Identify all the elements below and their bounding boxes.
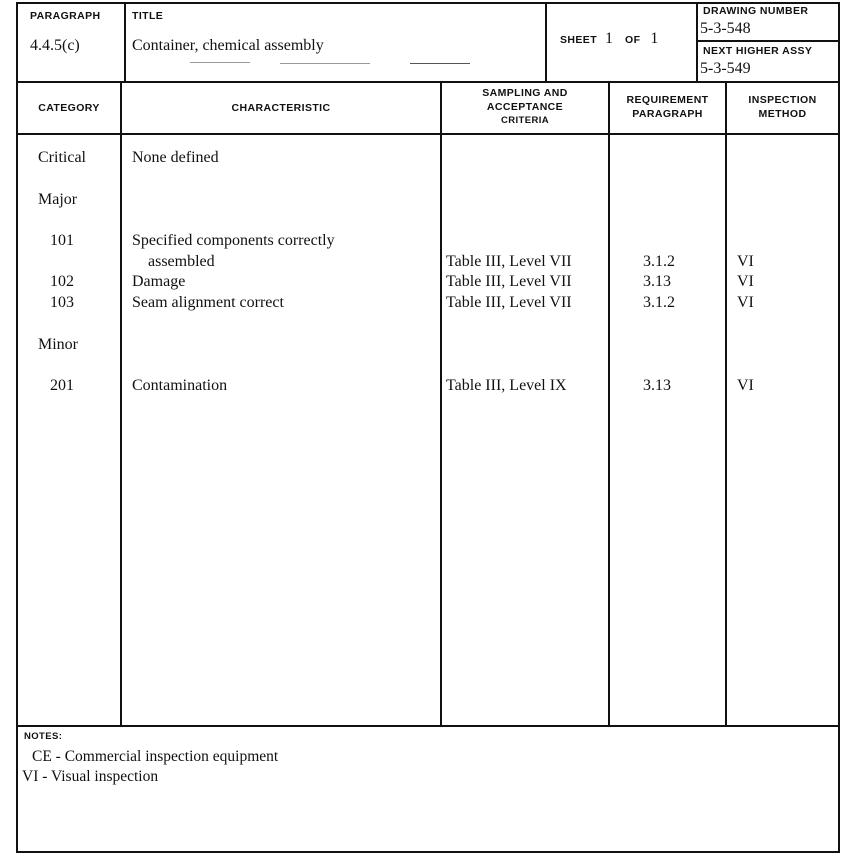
column-header-sampling: SAMPLING AND ACCEPTANCE CRITERIA bbox=[442, 86, 608, 128]
next-higher-assy-label: NEXT HIGHER ASSY bbox=[703, 45, 812, 57]
divider bbox=[16, 81, 840, 83]
column-header-characteristic: CHARACTERISTIC bbox=[122, 101, 440, 115]
scan-smudge bbox=[190, 62, 250, 63]
sheet-total: 1 bbox=[650, 30, 658, 47]
divider bbox=[440, 81, 442, 726]
sheet-label: SHEET bbox=[560, 34, 597, 46]
divider bbox=[16, 133, 840, 135]
category-critical: Critical bbox=[38, 149, 86, 167]
divider bbox=[120, 81, 122, 726]
divider bbox=[608, 81, 610, 726]
column-header-inspection: INSPECTION METHOD bbox=[727, 93, 838, 121]
title-label: TITLE bbox=[132, 10, 163, 22]
border-top bbox=[16, 2, 840, 4]
paragraph-value: 4.4.5(c) bbox=[30, 37, 80, 55]
title-value: Container, chemical assembly bbox=[132, 37, 324, 55]
divider bbox=[725, 81, 727, 726]
divider bbox=[696, 2, 698, 82]
divider bbox=[545, 2, 547, 82]
divider bbox=[16, 725, 840, 727]
of-label: OF bbox=[625, 34, 640, 46]
note-item: VI - Visual inspection bbox=[22, 768, 158, 786]
divider bbox=[124, 2, 126, 82]
sheet-number: 1 bbox=[605, 30, 613, 47]
drawing-number-value: 5-3-548 bbox=[700, 20, 751, 38]
column-header-requirement: REQUIREMENT PARAGRAPH bbox=[610, 93, 725, 121]
characteristic-critical: None defined bbox=[132, 149, 219, 167]
notes-label: NOTES: bbox=[24, 731, 62, 742]
category-major: Major bbox=[38, 191, 77, 209]
scan-smudge bbox=[410, 63, 470, 64]
sheet-indicator: SHEET 1 OF 1 bbox=[560, 30, 658, 48]
scan-smudge bbox=[280, 63, 370, 64]
next-higher-assy-value: 5-3-549 bbox=[700, 60, 751, 78]
note-item: CE - Commercial inspection equipment bbox=[32, 748, 278, 766]
divider bbox=[696, 40, 840, 42]
paragraph-label: PARAGRAPH bbox=[30, 10, 101, 22]
category-minor: Minor bbox=[38, 336, 78, 354]
border-bottom bbox=[16, 851, 840, 853]
column-header-category: CATEGORY bbox=[18, 101, 120, 115]
drawing-number-label: DRAWING NUMBER bbox=[703, 5, 808, 17]
